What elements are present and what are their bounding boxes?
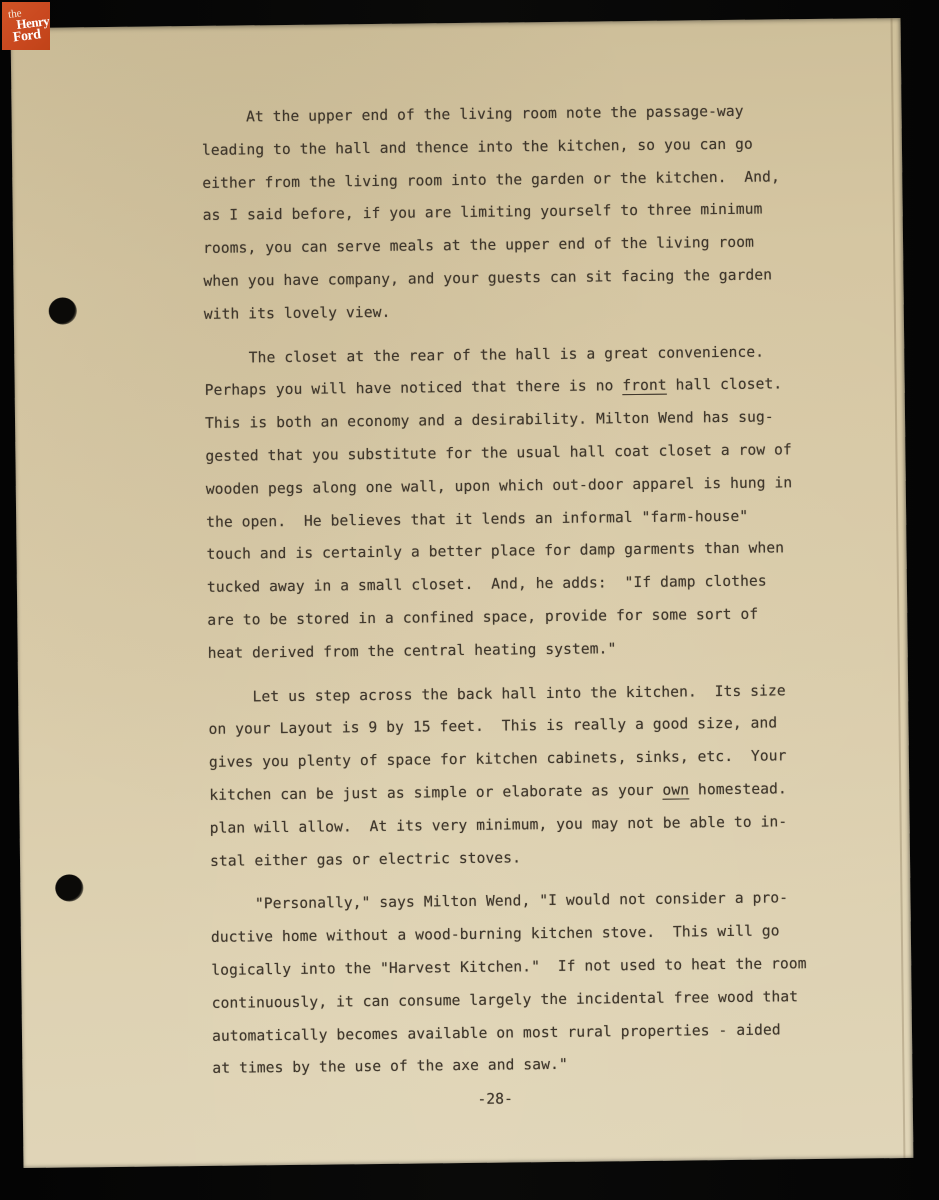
text-line: with its lovely view. bbox=[204, 291, 864, 331]
underlined-word: own bbox=[662, 781, 689, 798]
underlined-word: front bbox=[622, 377, 667, 395]
punch-hole-top bbox=[49, 297, 77, 324]
paragraph: "Personally," says Milton Wend, "I would… bbox=[210, 882, 872, 1086]
henry-ford-logo: the Henry Ford bbox=[2, 2, 50, 50]
logo-word-ford: Ford bbox=[12, 27, 41, 46]
paragraph: At the upper end of the living room note… bbox=[201, 94, 864, 331]
punch-hole-bottom bbox=[55, 874, 83, 901]
text-line: heat derived from the central heating sy… bbox=[207, 630, 867, 670]
paragraph: The closet at the rear of the hall is a … bbox=[204, 335, 868, 670]
document-page: At the upper end of the living room note… bbox=[11, 18, 914, 1168]
page-number: -28- bbox=[213, 1080, 778, 1119]
scan-background: the Henry Ford At the upper end of the l… bbox=[0, 0, 939, 1200]
document-text: At the upper end of the living room note… bbox=[201, 94, 872, 1119]
paragraph: Let us step across the back hall into th… bbox=[208, 674, 870, 878]
henry-ford-logo-text: the Henry Ford bbox=[2, 2, 50, 50]
text-line: stal either gas or electric stoves. bbox=[210, 838, 870, 878]
